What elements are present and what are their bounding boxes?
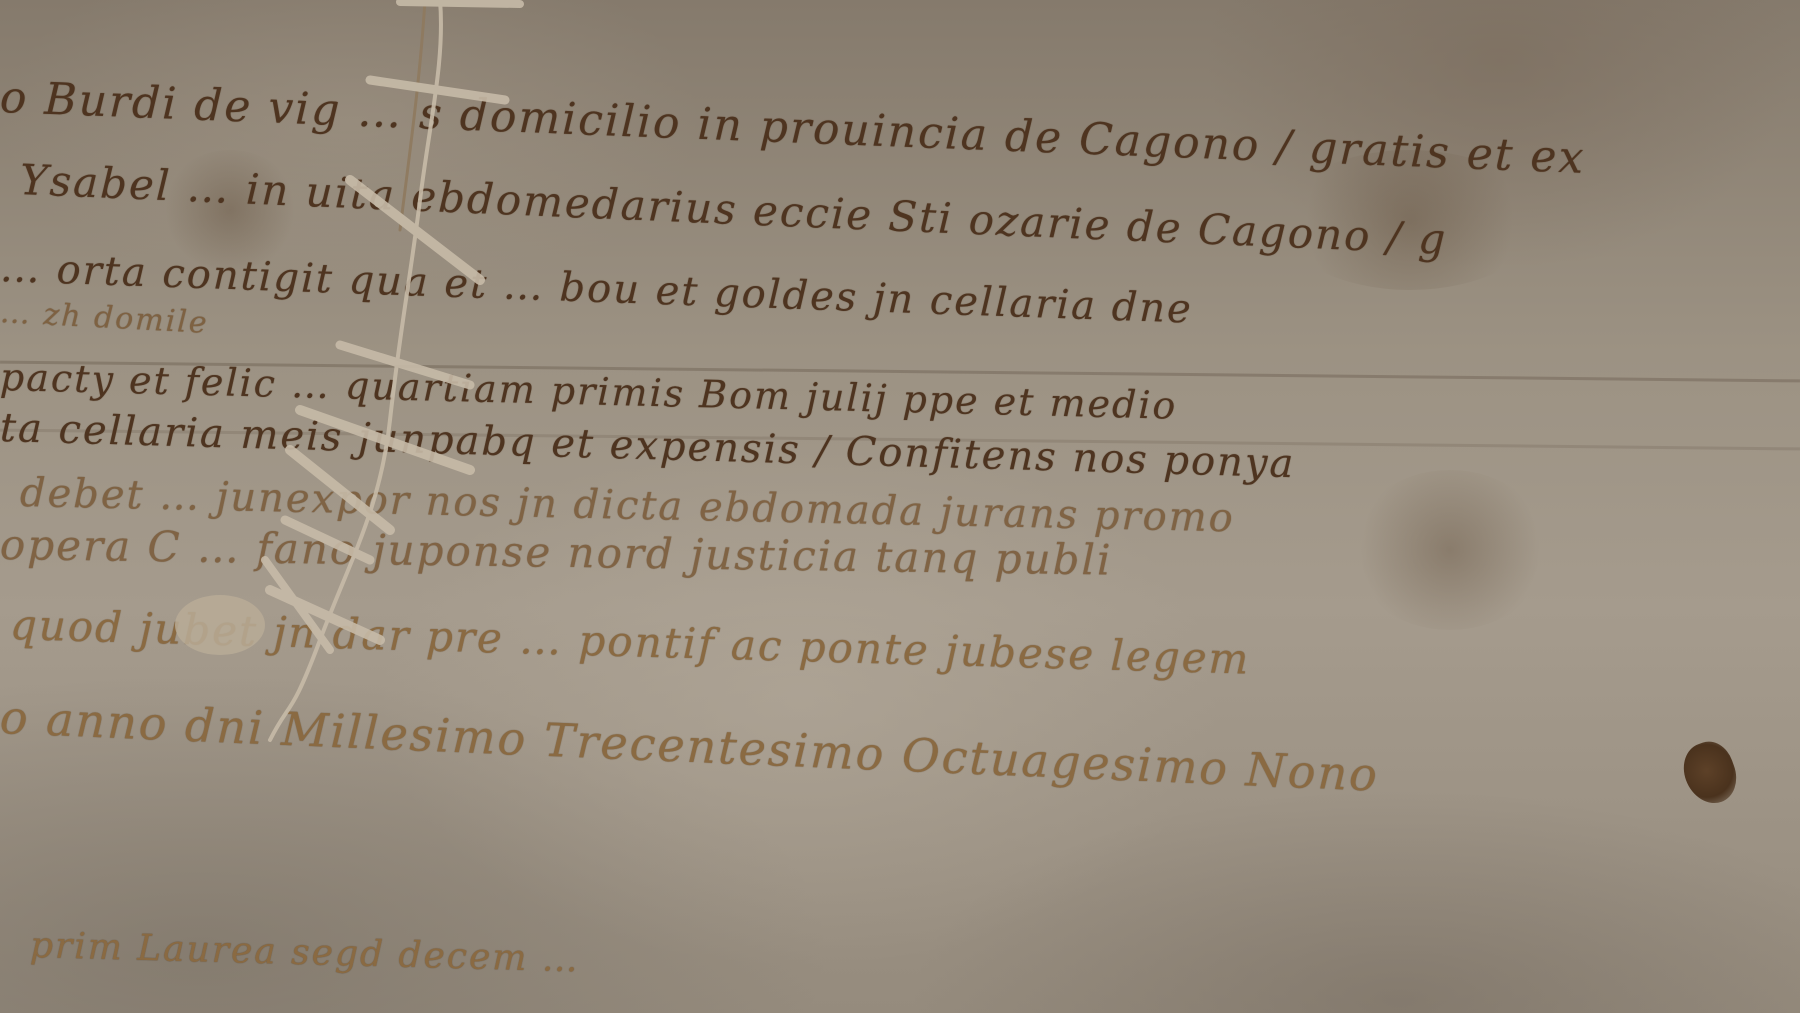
thread-knot [175,595,265,655]
thread-stitching [0,0,1800,1013]
parchment-page: o Burdi de vig … s domicilio in prouinci… [0,0,1800,1013]
